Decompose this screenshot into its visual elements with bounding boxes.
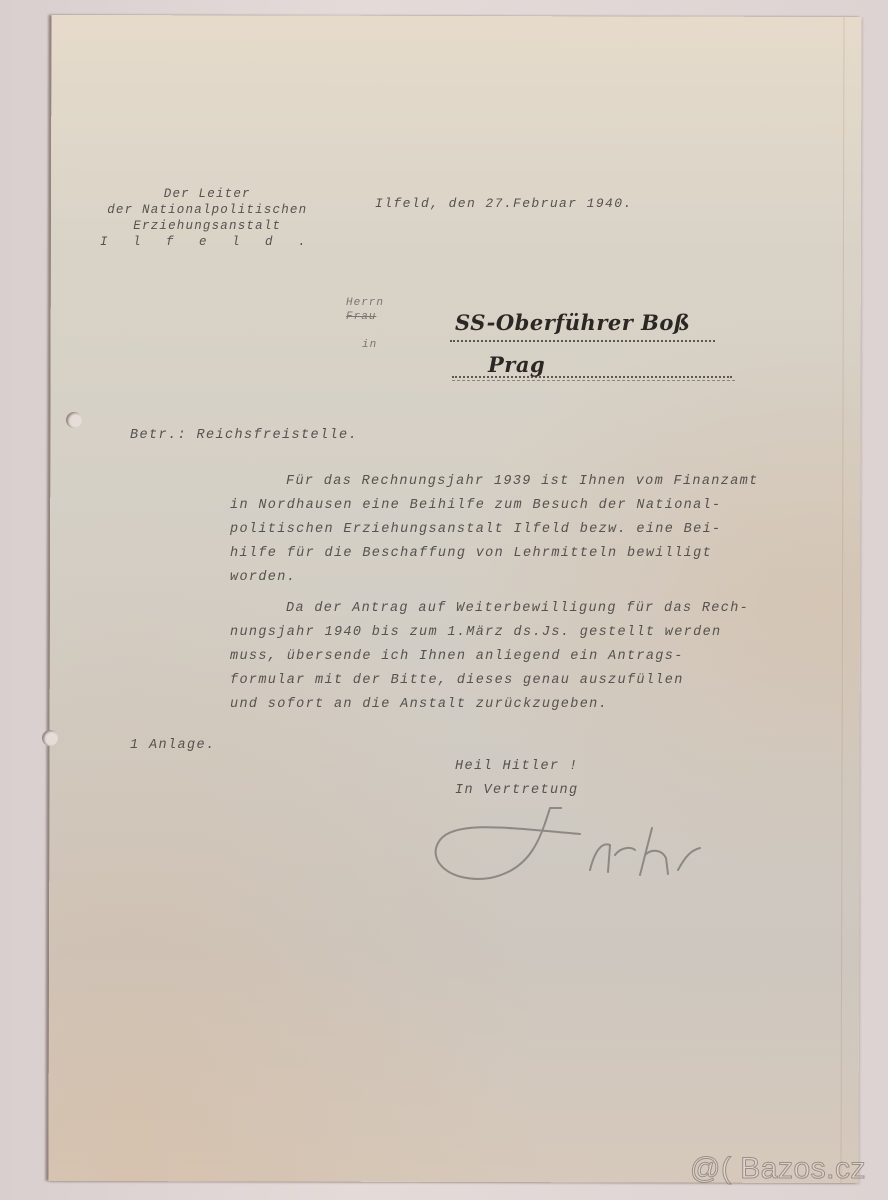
paragraph-line: worden. [230,566,790,590]
handwritten-recipient-place: Prag [488,352,545,377]
closing-block: Heil Hitler ! In Vertretung [455,755,579,803]
punch-hole-bottom [42,730,58,746]
paragraph-line: nungsjahr 1940 bis zum 1.März ds.Js. ges… [230,621,790,645]
struck-label: Frau [346,310,384,324]
recipient-name-dotted-line [450,340,715,342]
recipient-place-dashed-line [452,380,735,381]
paragraph-line: in Nordhausen eine Beihilfe zum Besuch d… [230,494,790,518]
sender-block: Der Leiter der Nationalpolitischen Erzie… [100,186,315,250]
salutation-label: Herrn [346,296,384,310]
paper-fold-line [840,17,844,1183]
paragraph-1: Für das Rechnungsjahr 1939 ist Ihnen vom… [230,470,790,590]
enclosure-note: 1 Anlage. [130,738,216,753]
closing-line-1: Heil Hitler ! [455,755,579,779]
pencil-signature [430,800,730,890]
date-line: Ilfeld, den 27.Februar 1940. [375,196,633,211]
handwritten-recipient-name: SS-Oberführer Boß [455,310,690,335]
sender-line-4: I l f e l d . [100,234,315,250]
in-label: in [362,338,384,352]
paragraph-line: politischen Erziehungsanstalt Ilfeld bez… [230,518,790,542]
bazos-watermark: @( Bazos.cz [690,1152,866,1186]
paragraph-line: und sofort an die Anstalt zurückzugeben. [230,693,790,717]
sender-line-2: der Nationalpolitischen [100,202,315,218]
subject-line: Betr.: Reichsfreistelle. [130,428,358,443]
paragraph-line: Da der Antrag auf Weiterbewilligung für … [230,597,790,621]
paragraph-line: hilfe für die Beschaffung von Lehrmittel… [230,542,790,566]
sender-line-3: Erziehungsanstalt [100,218,315,234]
recipient-labels: Herrn Frau in [346,296,384,352]
paragraph-line: Für das Rechnungsjahr 1939 ist Ihnen vom… [230,470,790,494]
sender-line-1: Der Leiter [100,186,315,202]
paragraph-line: muss, übersende ich Ihnen anliegend ein … [230,645,790,669]
punch-hole-top [66,412,82,428]
paragraph-2: Da der Antrag auf Weiterbewilligung für … [230,597,790,717]
paragraph-line: formular mit der Bitte, dieses genau aus… [230,669,790,693]
